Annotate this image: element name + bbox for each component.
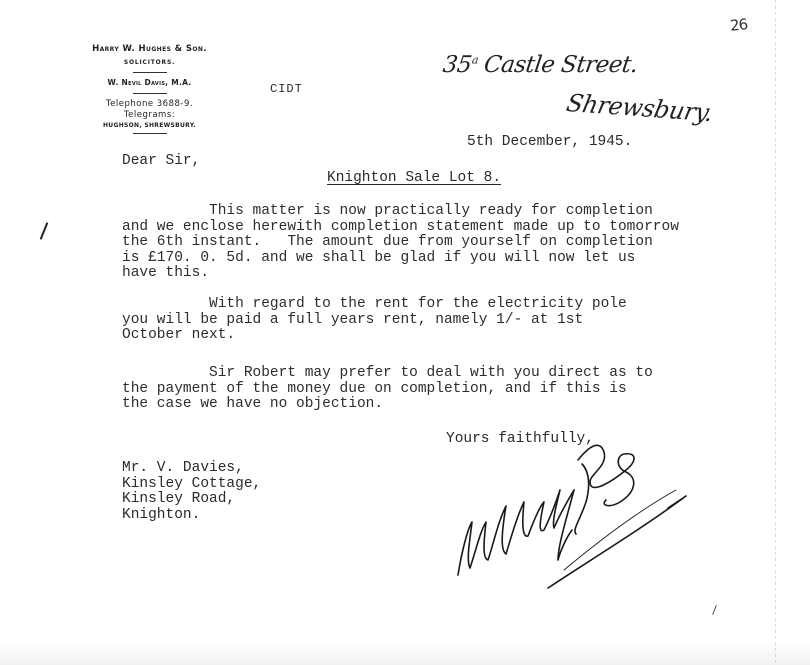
page-number: 26 <box>729 15 748 35</box>
letterhead-town: Shrewsbury. <box>564 89 716 127</box>
scan-smudge <box>0 640 810 665</box>
firm-role: SOLICITORS. <box>62 59 237 66</box>
telegrams-address: HUGHSON, SHREWSBURY. <box>62 122 237 129</box>
divider <box>133 93 167 94</box>
body-paragraph: This matter is now practically ready for… <box>122 204 679 282</box>
telephone: Telephone 3688-9. <box>62 99 237 109</box>
letterhead-street: 35a Castle Street. <box>441 52 639 78</box>
subject-line: Knighton Sale Lot 8. <box>327 170 501 186</box>
street-name: Castle Street. <box>482 52 639 78</box>
letterhead-firm-block: Harry W. Hughes & Son. SOLICITORS. W. Ne… <box>62 44 237 134</box>
street-number-suffix: a <box>471 53 479 66</box>
pencil-tick <box>712 605 717 615</box>
scan-margin <box>776 0 810 665</box>
telegrams-label: Telegrams: <box>62 110 237 120</box>
reference-code: CIDT <box>270 82 303 96</box>
street-number: 35 <box>441 52 473 78</box>
letter-date: 5th December, 1945. <box>467 134 632 150</box>
recipient-address: Mr. V. Davies, Kinsley Cottage, Kinsley … <box>122 461 261 523</box>
body-paragraph: With regard to the rent for the electric… <box>122 297 627 344</box>
divider <box>133 72 167 73</box>
partner-name: W. Nevil Davis, M.A. <box>62 78 237 87</box>
margin-pencil-mark <box>40 222 49 239</box>
divider <box>133 133 167 134</box>
signature-icon <box>440 410 740 600</box>
firm-name: Harry W. Hughes & Son. <box>62 44 237 54</box>
salutation: Dear Sir, <box>122 153 200 169</box>
body-paragraph: Sir Robert may prefer to deal with you d… <box>122 366 653 413</box>
